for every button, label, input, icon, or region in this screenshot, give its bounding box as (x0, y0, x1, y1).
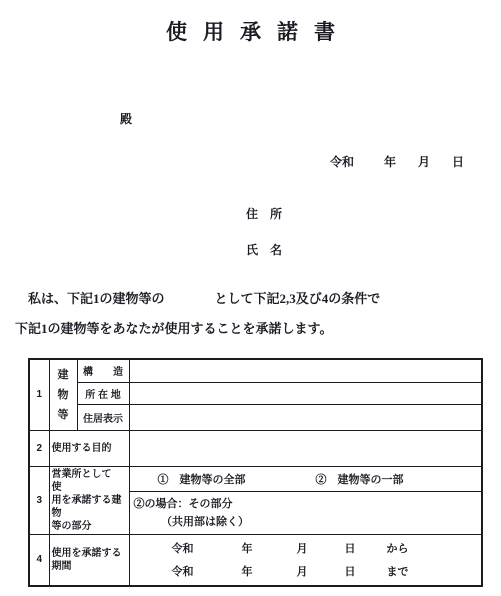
period-from-line: 令和 年 月 日 から (132, 540, 480, 556)
period-to-month: 月 (297, 563, 308, 579)
date-month-label: 月 (418, 153, 430, 170)
period-from-suffix: から (387, 540, 409, 556)
table-row: 4 使用を承諾する 期間 令和 年 月 日 から 令和 年 月 日 (29, 534, 482, 586)
period-to-line: 令和 年 月 日 まで (132, 563, 480, 579)
name-label: 氏 名 (246, 241, 282, 258)
period-from-day: 日 (345, 540, 356, 556)
consent-form-page: 使用承諾書 殿 令和 年 月 日 住 所 氏 名 私は、下記1の建物等のとして下… (0, 0, 501, 596)
paragraph-line1-before: 私は、下記1の建物等の (28, 291, 165, 306)
table-row: 住居表示 (29, 404, 482, 430)
period-to-day: 日 (345, 563, 356, 579)
table-row: 所 在 地 (29, 382, 482, 404)
consent-period-label: 使用を承諾する 期間 (49, 534, 129, 586)
date-year-label: 年 (384, 153, 396, 170)
recipient-suffix-label: 殿 (120, 110, 132, 127)
period-to-era: 令和 (172, 563, 194, 579)
case-cell: ②の場合：その部分 （共用部は除く） (129, 491, 482, 534)
address-display-value-cell (129, 404, 482, 430)
date-line: 令和 年 月 日 (330, 153, 464, 170)
options-cell: ① 建物等の全部 ② 建物等の一部 (129, 466, 482, 491)
option-whole-building: ① 建物等の全部 (158, 471, 246, 487)
row1-group-cell: 建物等 (49, 359, 77, 430)
row1-number: 1 (29, 359, 49, 430)
paragraph-line1-after: として下記2,3及び4の条件で (215, 291, 381, 306)
conditions-table: 1 建物等 構 造 所 在 地 住居表示 2 使用する目的 3 営業所として 使… (28, 358, 483, 587)
table-row: 1 建物等 構 造 (29, 359, 482, 382)
option-part-building: ② 建物等の一部 (316, 471, 404, 487)
row3-number: 3 (29, 466, 49, 534)
document-title: 使用承諾書 (0, 16, 501, 46)
period-to-suffix: まで (387, 563, 409, 579)
address-display-label: 住居表示 (77, 404, 129, 430)
building-group-label: 建物等 (57, 365, 69, 425)
case-description: ②の場合：その部分 （共用部は除く） (132, 495, 480, 531)
period-to-year: 年 (242, 563, 253, 579)
period-cell: 令和 年 月 日 から 令和 年 月 日 まで (129, 534, 482, 586)
period-from-month: 月 (297, 540, 308, 556)
body-paragraph: 私は、下記1の建物等のとして下記2,3及び4の条件で 下記1の建物等をあなたが使… (15, 284, 490, 344)
table-row: 3 営業所として 使 用を承諾する建物 等の部分 ① 建物等の全部 ② 建物等の… (29, 466, 482, 491)
table-row: 2 使用する目的 (29, 430, 482, 466)
structure-label: 構 造 (77, 359, 129, 382)
location-label: 所 在 地 (77, 382, 129, 404)
purpose-value-cell (129, 430, 482, 466)
location-value-cell (129, 382, 482, 404)
address-label: 住 所 (246, 205, 282, 222)
structure-value-cell (129, 359, 482, 382)
date-day-label: 日 (452, 153, 464, 170)
row4-number: 4 (29, 534, 49, 586)
date-era-label: 令和 (330, 153, 354, 170)
period-from-era: 令和 (172, 540, 194, 556)
period-from-year: 年 (242, 540, 253, 556)
options-line: ① 建物等の全部 ② 建物等の一部 (132, 471, 480, 487)
office-use-part-label: 営業所として 使 用を承諾する建物 等の部分 (49, 466, 129, 534)
purpose-label: 使用する目的 (49, 430, 129, 466)
paragraph-line2: 下記1の建物等をあなたが使用することを承諾します。 (15, 314, 490, 344)
paragraph-line1: 私は、下記1の建物等のとして下記2,3及び4の条件で (15, 284, 490, 314)
row2-number: 2 (29, 430, 49, 466)
period-lines: 令和 年 月 日 から 令和 年 月 日 まで (132, 540, 480, 579)
